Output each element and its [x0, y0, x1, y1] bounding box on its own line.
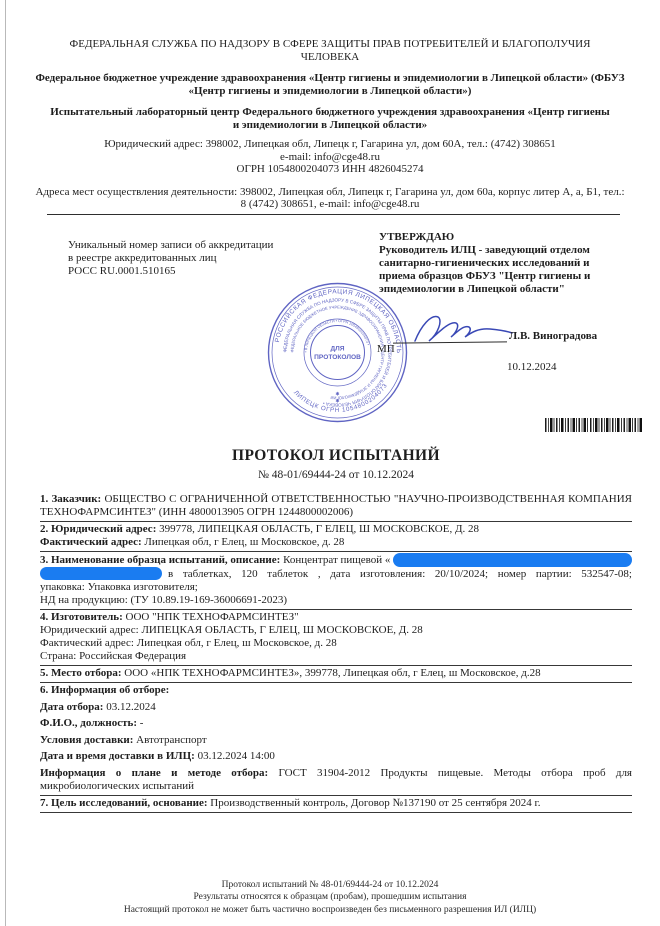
section-legal-address: 2. Юридический адрес: 399778, ЛИПЕЦКАЯ О…: [40, 522, 632, 552]
stamp-star-icon: ✱: [335, 392, 339, 398]
approval-role-line: Руководитель ИЛЦ - заведующий отделом: [379, 244, 635, 257]
header-lab-center: Испытательный лабораторный центр Федерал…: [50, 106, 610, 131]
header-org-name: Федеральное бюджетное учреждение здравоо…: [33, 72, 627, 97]
field-label: 5. Место отбора:: [40, 667, 122, 679]
approval-title: УТВЕРЖДАЮ: [379, 231, 635, 244]
field-value: ООО «НПК ТЕХНОФАРМСИНТЕЗ», 399778, Липец…: [124, 667, 540, 679]
stamp-center-text: ПРОТОКОЛОВ: [314, 354, 361, 361]
accreditation-number: РОСС RU.0001.510165: [68, 265, 313, 278]
approval-role-line: приема образцов ФБУЗ "Центр гигиены и: [379, 270, 635, 283]
field-value: 03.12.2024 14:00: [198, 750, 275, 762]
section-sampling-place: 5. Место отбора: ООО «НПК ТЕХНОФАРМСИНТЕ…: [40, 666, 632, 683]
header-divider: [47, 214, 620, 215]
redaction-box: [40, 567, 162, 580]
place-of-stamp-mark: МП: [377, 343, 395, 355]
header-email: e-mail: info@cge48.ru: [33, 151, 627, 164]
field-value: 03.12.2024: [106, 701, 156, 713]
field-label: Условия доставки:: [40, 734, 133, 746]
field-value: Автотранспорт: [136, 734, 207, 746]
field-value: Фактический адрес: Липецкая обл, г Елец,…: [40, 637, 632, 650]
header-activity-addresses: Адреса мест осуществления деятельности: …: [33, 186, 627, 211]
field-label: Ф.И.О., должность:: [40, 717, 137, 729]
accreditation-line: Уникальный номер записи об аккредитации: [68, 239, 313, 252]
field-value: 399778, ЛИПЕЦКАЯ ОБЛАСТЬ, Г ЕЛЕЦ, Ш МОСК…: [159, 523, 479, 535]
footer-protocol-ref: Протокол испытаний № 48-01/69444-24 от 1…: [0, 879, 660, 891]
field-value: упаковка: Упаковка изготовителя;: [40, 581, 632, 594]
protocol-title-block: ПРОТОКОЛ ИСПЫТАНИЙ № 48-01/69444-24 от 1…: [0, 447, 660, 481]
field-value: Производственный контроль, Договор №1371…: [210, 797, 540, 809]
section-sampling-info: 6. Информация об отборе: Дата отбора: 03…: [40, 683, 632, 796]
signature-stroke: [412, 308, 514, 350]
field-label: Фактический адрес:: [40, 536, 142, 548]
field-value: Юридический адрес: ЛИПЕЦКАЯ ОБЛАСТЬ, Г Е…: [40, 624, 632, 637]
section-sample: 3. Наименование образца испытаний, описа…: [40, 552, 632, 610]
footer-note: Настоящий протокол не может быть частичн…: [0, 904, 660, 916]
protocol-title: ПРОТОКОЛ ИСПЫТАНИЙ: [0, 447, 660, 465]
field-label: Дата отбора:: [40, 701, 103, 713]
approval-role-line: санитарно-гигиенических исследований и: [379, 257, 635, 270]
field-value: Липецкая обл, г Елец, ш Московское, д. 2…: [144, 536, 344, 548]
protocol-body: 1. Заказчик: ОБЩЕСТВО С ОГРАНИЧЕННОЙ ОТВ…: [40, 492, 632, 813]
document-footer: Протокол испытаний № 48-01/69444-24 от 1…: [0, 879, 660, 916]
field-label: 2. Юридический адрес:: [40, 523, 156, 535]
field-value: ООО "НПК ТЕХНОФАРМСИНТЕЗ": [126, 611, 299, 623]
document-header: ФЕДЕРАЛЬНАЯ СЛУЖБА ПО НАДЗОРУ В СФЕРЕ ЗА…: [33, 38, 627, 211]
stamp-star-icon: ✱: [335, 399, 339, 405]
field-value: в таблетках, 120 таблеток , дата изготов…: [168, 568, 632, 580]
accreditation-line: в реестре аккредитованных лиц: [68, 252, 313, 265]
document-page: ФЕДЕРАЛЬНАЯ СЛУЖБА ПО НАДЗОРУ В СФЕРЕ ЗА…: [0, 0, 660, 926]
footer-note: Результаты относятся к образцам (пробам)…: [0, 891, 660, 903]
approval-date: 10.12.2024: [507, 361, 557, 373]
signer-name: Л.В. Виноградова: [509, 330, 597, 342]
section-customer: 1. Заказчик: ОБЩЕСТВО С ОГРАНИЧЕННОЙ ОТВ…: [40, 492, 632, 522]
field-value: НД на продукцию: (ТУ 10.89.19-169-360066…: [40, 594, 632, 607]
field-value: Страна: Российская Федерация: [40, 650, 632, 663]
field-label: 3. Наименование образца испытаний, описа…: [40, 554, 280, 566]
header-legal-address: Юридический адрес: 398002, Липецкая обл,…: [33, 138, 627, 151]
protocol-number: № 48-01/69444-24 от 10.12.2024: [0, 469, 660, 481]
field-label: 6. Информация об отборе:: [40, 684, 632, 697]
field-value: ОБЩЕСТВО С ОГРАНИЧЕННОЙ ОТВЕТСТВЕННОСТЬЮ…: [40, 493, 632, 518]
field-label: 7. Цель исследований, основание:: [40, 797, 208, 809]
field-label: 1. Заказчик:: [40, 493, 101, 505]
field-label: 4. Изготовитель:: [40, 611, 123, 623]
header-agency: ФЕДЕРАЛЬНАЯ СЛУЖБА ПО НАДЗОРУ В СФЕРЕ ЗА…: [69, 38, 591, 63]
barcode: [545, 418, 642, 432]
approval-block: УТВЕРЖДАЮ Руководитель ИЛЦ - заведующий …: [379, 231, 635, 296]
header-ogrn-inn: ОГРН 1054800204073 ИНН 4826045274: [33, 163, 627, 176]
redaction-box: [393, 553, 632, 567]
approval-role-line: эпидемиологии в Липецкой области": [379, 283, 635, 296]
section-purpose: 7. Цель исследований, основание: Произво…: [40, 796, 632, 813]
field-value: Концентрат пищевой «: [283, 554, 390, 566]
field-label: Информация о плане и методе отбора:: [40, 767, 268, 779]
section-manufacturer: 4. Изготовитель: ООО "НПК ТЕХНОФАРМСИНТЕ…: [40, 610, 632, 666]
accreditation-note: Уникальный номер записи об аккредитации …: [68, 239, 313, 277]
field-value: -: [140, 717, 144, 729]
field-label: Дата и время доставки в ИЛЦ:: [40, 750, 195, 762]
stamp-center-text: ДЛЯ: [330, 346, 344, 353]
